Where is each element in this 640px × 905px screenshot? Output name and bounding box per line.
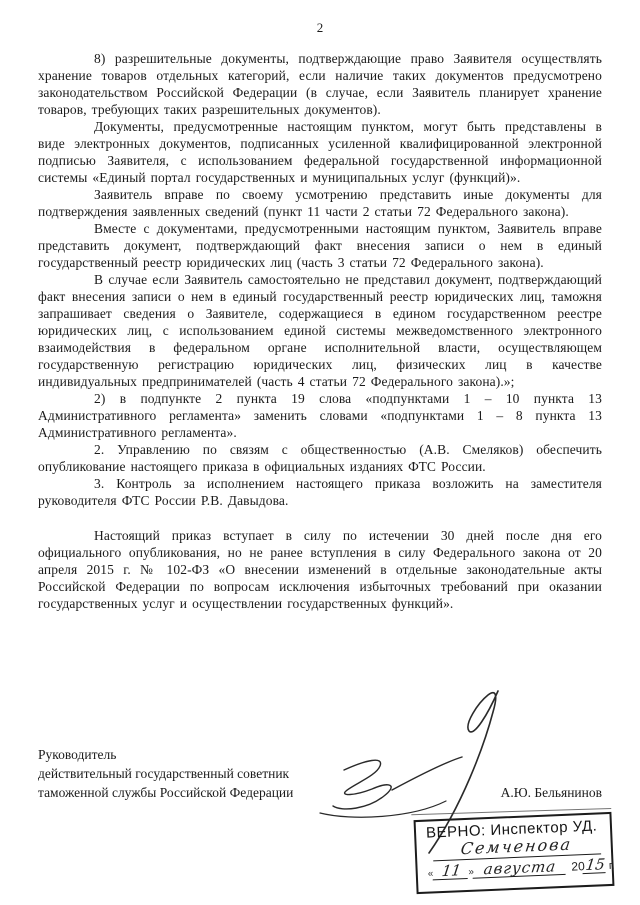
- paragraph: В случае если Заявитель самостоятельно н…: [38, 271, 602, 390]
- document-body: 8) разрешительные документы, подтверждаю…: [38, 50, 602, 612]
- signer-position: Руководитель действительный государствен…: [38, 745, 293, 802]
- paragraph: Заявитель вправе по своему усмотрению пр…: [38, 186, 602, 220]
- paragraph: 2) в подпункте 2 пункта 19 слова «подпун…: [38, 390, 602, 441]
- signer-name: А.Ю. Бельянинов: [501, 783, 602, 802]
- signer-position-line: таможенной службы Российской Федерации: [38, 783, 293, 802]
- paragraph: Настоящий приказ вступает в силу по исте…: [38, 527, 602, 612]
- paragraph: 8) разрешительные документы, подтверждаю…: [38, 50, 602, 118]
- paragraph: Документы, предусмотренные настоящим пун…: [38, 118, 602, 186]
- signer-position-line: Руководитель: [38, 745, 293, 764]
- signature-flourish-tail-icon: [320, 801, 446, 817]
- stamp-date-year-handwritten: 15: [583, 857, 608, 874]
- certification-stamp: ВЕРНО: Инспектор УД. Семченова «11»авгус…: [414, 812, 615, 894]
- document-page: { "page": { "number": "2" }, "paragraphs…: [0, 0, 640, 905]
- stamp-handwritten-signature: Семченова: [460, 836, 573, 857]
- stamp-date-line: «11»августа2015г.: [427, 857, 606, 881]
- signer-position-line: действительный государственный советник: [38, 764, 293, 783]
- stamp-date-day: 11: [432, 863, 469, 881]
- paragraph: 2. Управлению по связям с общественность…: [38, 441, 602, 475]
- page-number: 2: [0, 20, 640, 36]
- paragraph: 3. Контроль за исполнением настоящего пр…: [38, 475, 602, 509]
- stamp-date-month: августа: [473, 859, 568, 879]
- paragraph: Вместе с документами, предусмотренными н…: [38, 220, 602, 271]
- signature-block: Руководитель действительный государствен…: [38, 745, 602, 802]
- stamp-date-year-label: г.: [609, 860, 615, 872]
